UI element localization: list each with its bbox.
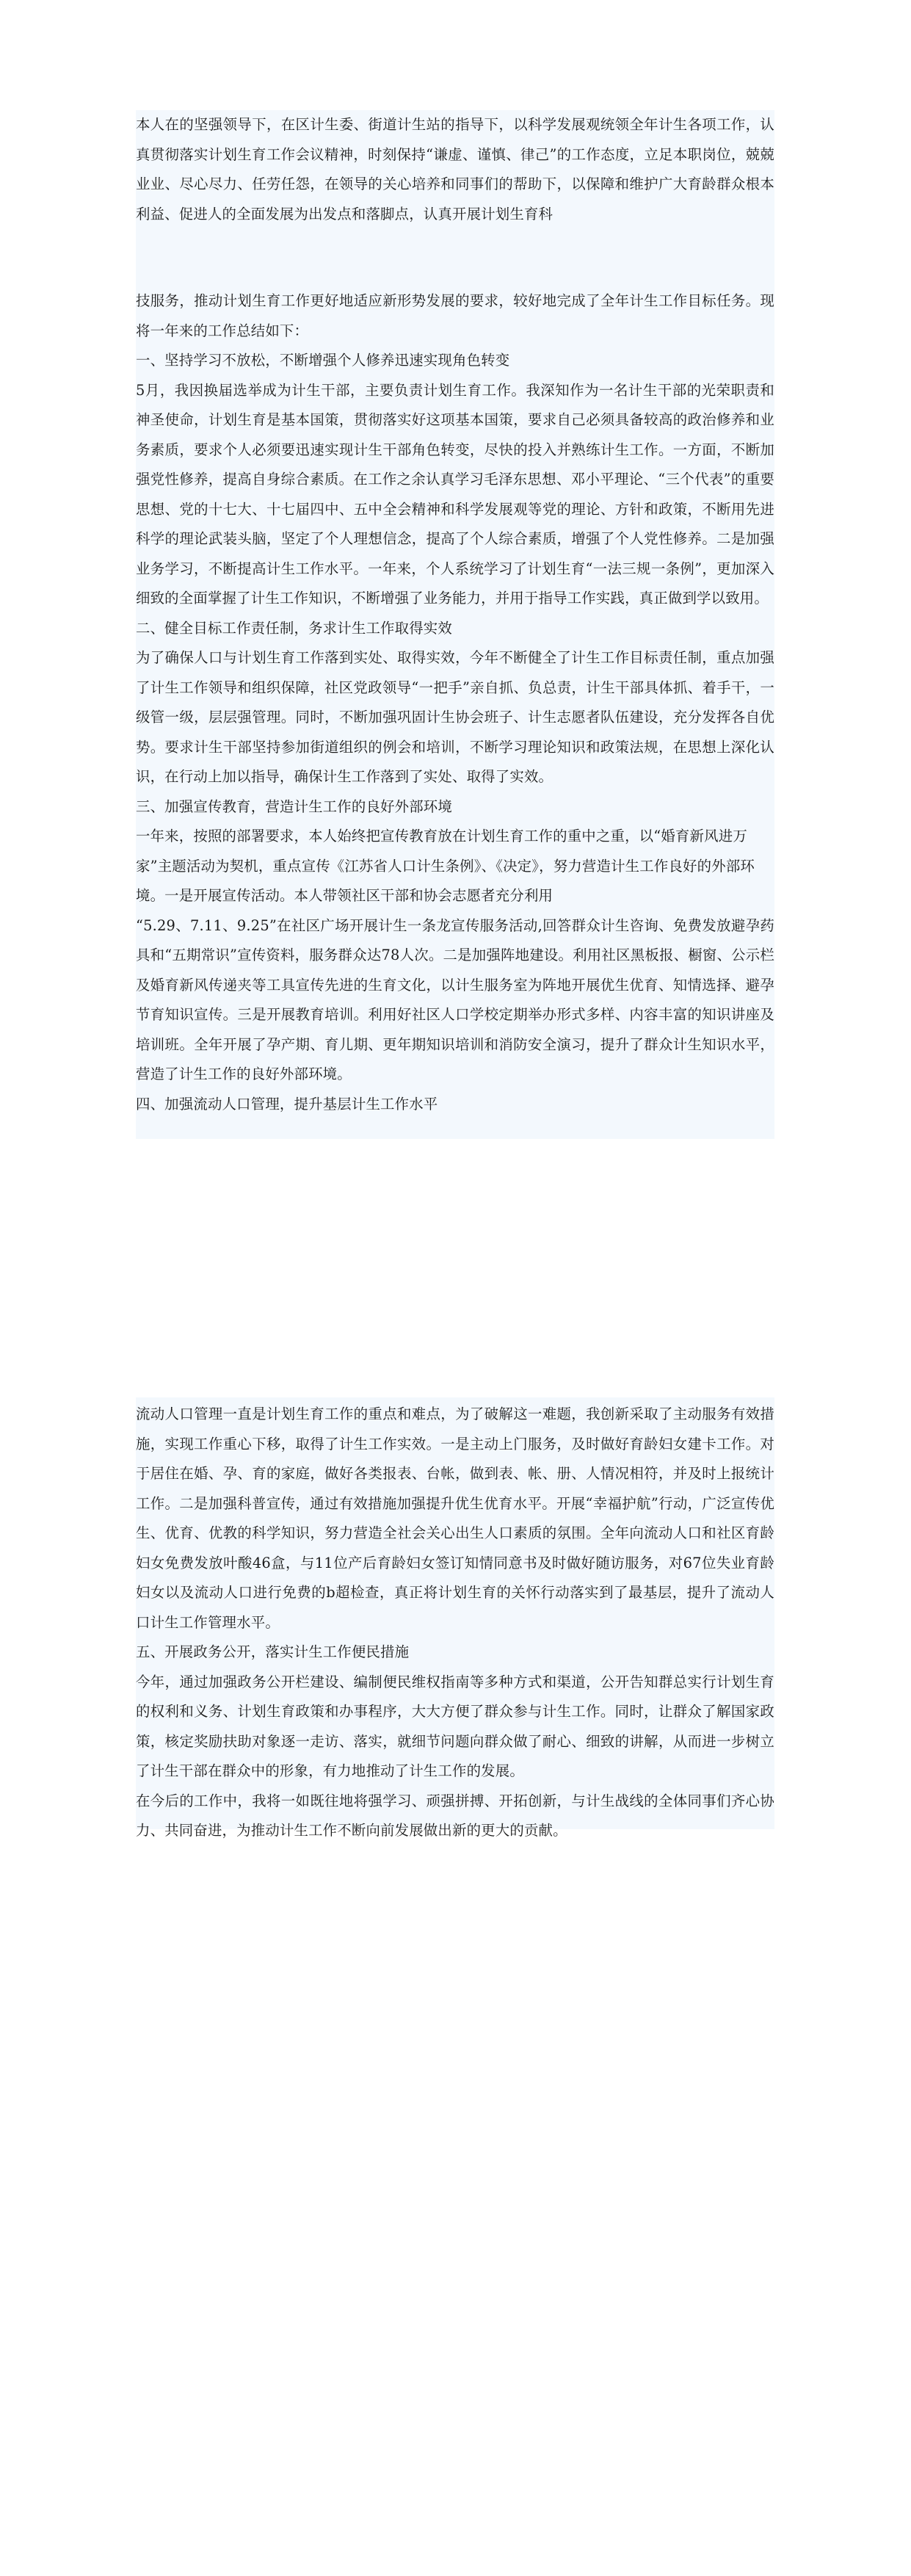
section-3-body-a: 一年来，按照的部署要求，本人始终把宣传教育放在计划生育工作的重中之重，以“婚育新…: [136, 822, 774, 911]
intro-paragraph-part2: 技服务，推动计划生育工作更好地适应新形势发展的要求，较好地完成了全年计生工作目标…: [136, 286, 774, 346]
section-3-heading: 三、加强宣传教育，营造计生工作的良好外部环境: [136, 792, 774, 822]
content-block-2: 技服务，推动计划生育工作更好地适应新形势发展的要求，较好地完成了全年计生工作目标…: [136, 283, 774, 1139]
section-4-heading: 四、加强流动人口管理，提升基层计生工作水平: [136, 1090, 774, 1120]
section-5-body: 今年，通过加强政务公开栏建设、编制便民维权指南等多种方式和渠道，公开告知群总实行…: [136, 1668, 774, 1787]
closing-paragraph: 在今后的工作中，我将一如既往地将强学习、顽强拼搏、开拓创新，与计生战线的全体同事…: [136, 1787, 774, 1846]
section-3-body-b: “5.29、7.11、9.25”在社区广场开展计生一条龙宣传服务活动,回答群众计…: [136, 911, 774, 1090]
section-2-body: 为了确保人口与计划生育工作落到实处、取得实效，今年不断健全了计生工作目标责任制，…: [136, 643, 774, 792]
content-block-3: 流动人口管理一直是计划生育工作的重点和难点，为了破解这一难题，我创新采取了主动服…: [136, 1397, 774, 1829]
section-5-heading: 五、开展政务公开，落实计生工作便民措施: [136, 1638, 774, 1668]
intro-block-1: 本人在的坚强领导下，在区计生委、街道计生站的指导下，以科学发展观统领全年计生各项…: [136, 110, 774, 283]
section-4-body: 流动人口管理一直是计划生育工作的重点和难点，为了破解这一难题，我创新采取了主动服…: [136, 1400, 774, 1638]
section-1-body: 5月，我因换届选举成为计生干部，主要负责计划生育工作。我深知作为一名计生干部的光…: [136, 376, 774, 614]
intro-paragraph-part1: 本人在的坚强领导下，在区计生委、街道计生站的指导下，以科学发展观统领全年计生各项…: [136, 110, 774, 229]
section-2-heading: 二、健全目标工作责任制，务求计生工作取得实效: [136, 614, 774, 644]
section-1-heading: 一、坚持学习不放松，不断增强个人修养迅速实现角色转变: [136, 346, 774, 376]
